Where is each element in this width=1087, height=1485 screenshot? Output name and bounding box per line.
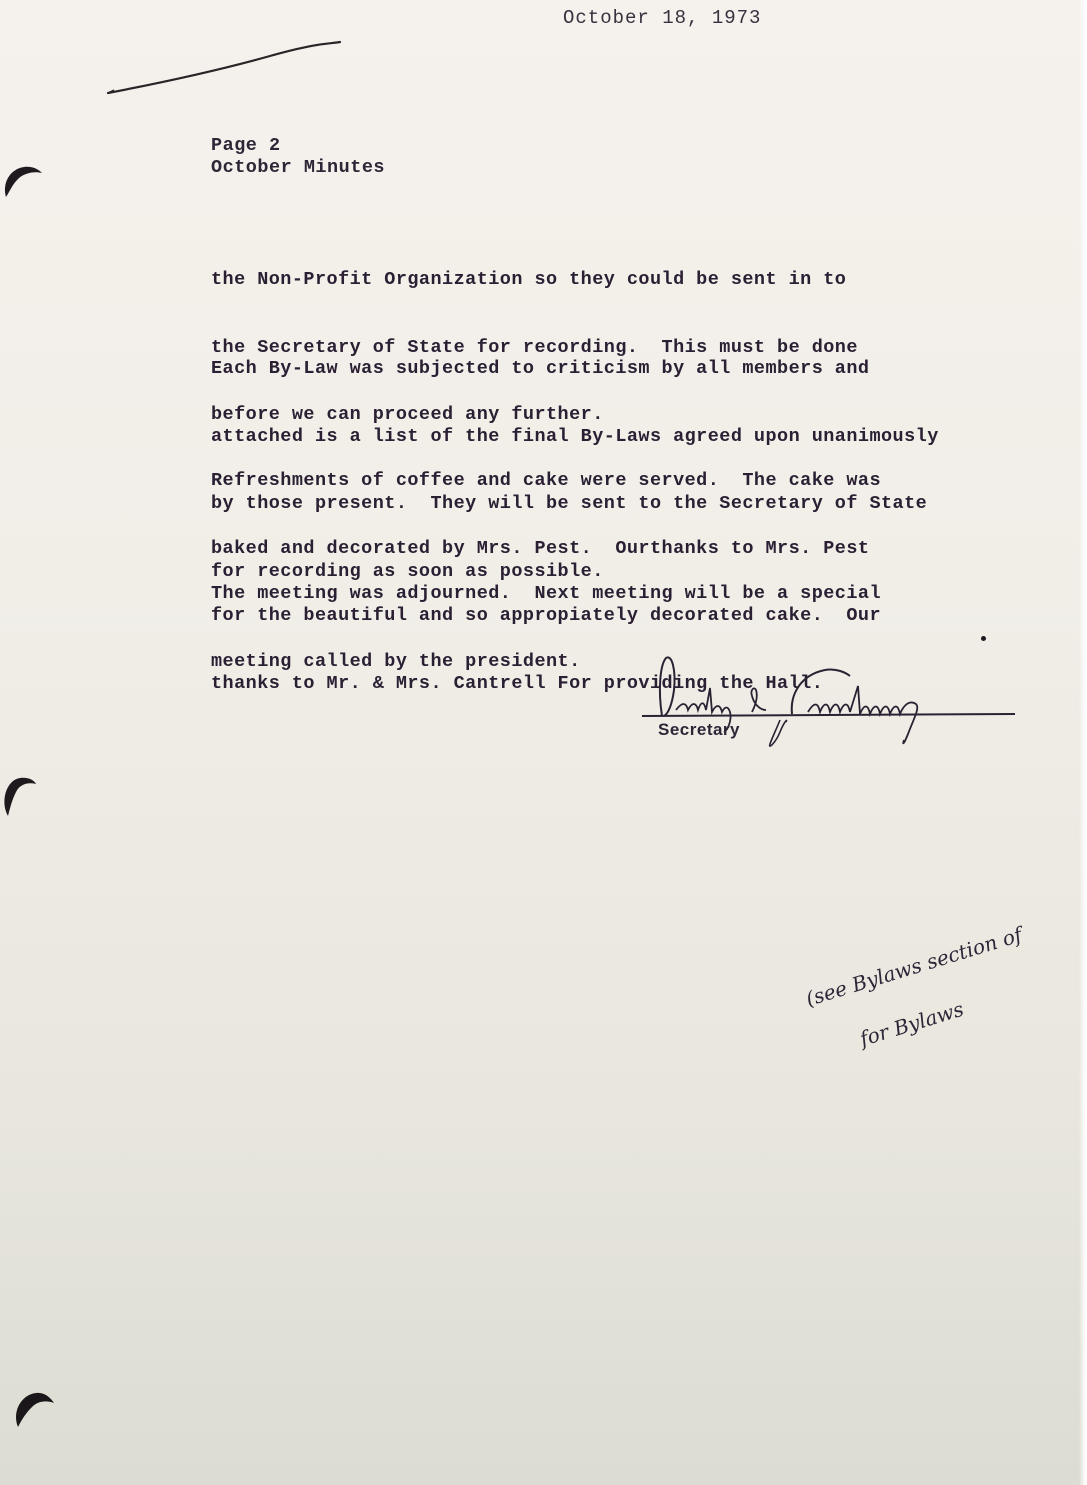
page-header: Page 2 October Minutes xyxy=(211,135,385,179)
text-line: the Non-Profit Organization so they coul… xyxy=(211,269,858,292)
signature-block: Secretary Dorothy L. Armstrong xyxy=(640,650,1040,760)
text-line: Refreshments of coffee and cake were ser… xyxy=(211,470,881,493)
text-line: The meeting was adjourned. Next meeting … xyxy=(211,583,881,606)
scanned-document-page: October 18, 1973 Page 2 October Minutes … xyxy=(0,0,1087,1485)
punch-hole-icon xyxy=(0,770,50,820)
minutes-title: October Minutes xyxy=(211,157,385,179)
punch-hole-icon xyxy=(10,1385,60,1435)
document-date: October 18, 1973 xyxy=(563,7,761,29)
handwritten-note: (see Bylaws section of for Bylaws xyxy=(800,935,1085,1085)
handwritten-note-line-1: (see Bylaws section of xyxy=(803,922,1025,1011)
page-number-label: Page 2 xyxy=(211,135,385,157)
text-line: Each By-Law was subjected to criticism b… xyxy=(211,358,939,381)
pen-stroke-mark xyxy=(100,38,350,98)
secretary-label: Secretary xyxy=(658,720,740,740)
paper-edge xyxy=(1079,0,1087,1485)
handwritten-signature xyxy=(640,650,1040,760)
ink-dot xyxy=(981,636,986,641)
punch-hole-icon xyxy=(0,155,50,205)
handwritten-note-line-2: for Bylaws xyxy=(857,997,966,1051)
